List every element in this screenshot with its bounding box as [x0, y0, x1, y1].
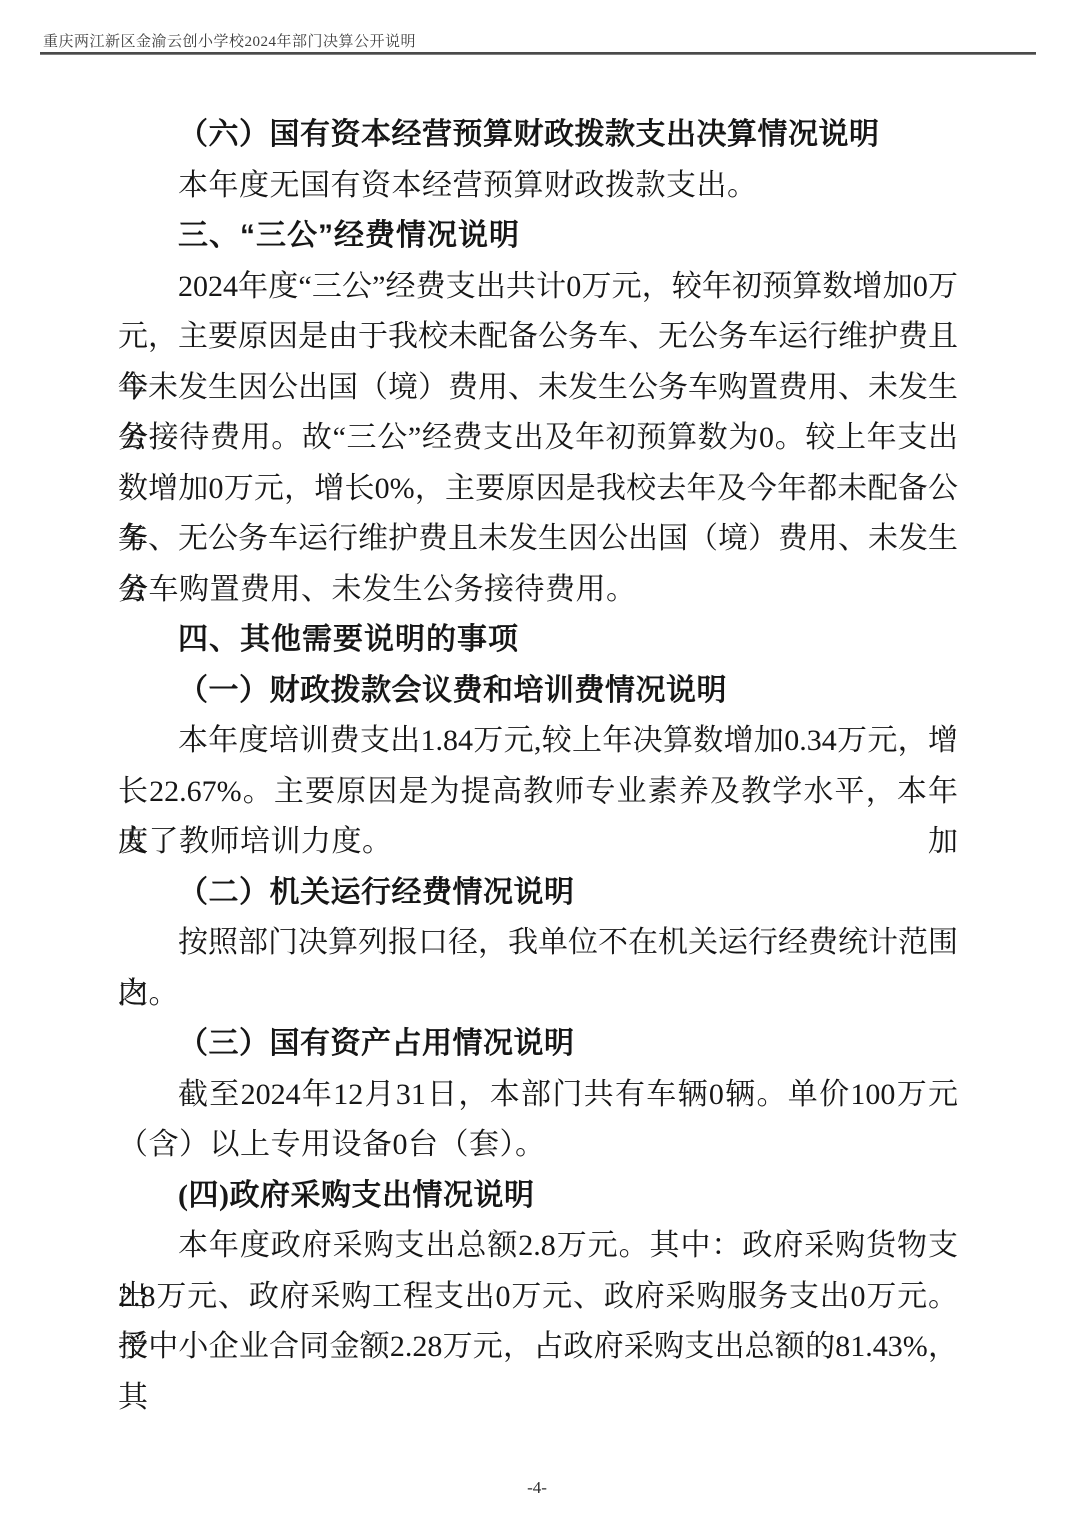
paragraph-line: 元，主要原因是由于我校未配备公务车、无公务车运行维护费且今: [118, 312, 958, 363]
paragraph-line: 本年度政府采购支出总额2.8万元。其中：政府采购货物支出: [118, 1221, 958, 1272]
paragraph-line: 年未发生因公出国（境）费用、未发生公务车购置费用、未发生公: [118, 363, 958, 414]
subsection-heading: （六）国有资本经营预算财政拨款支出决算情况说明: [118, 110, 958, 161]
section-heading: 四、其他需要说明的事项: [118, 615, 958, 666]
paragraph-line: 2.8万元、政府采购工程支出0万元、政府采购服务支出0万元。授: [118, 1272, 958, 1323]
subsection-heading: (四)政府采购支出情况说明: [118, 1171, 958, 1222]
subsection-heading: （一）财政拨款会议费和培训费情况说明: [118, 666, 958, 717]
subsection-heading: （三）国有资产占用情况说明: [118, 1019, 958, 1070]
paragraph-line: 予中小企业合同金额2.28万元，占政府采购支出总额的81.43%，其: [118, 1322, 958, 1373]
section-heading: 三、“三公”经费情况说明: [118, 211, 958, 262]
paragraph-line: 内。: [118, 969, 958, 1020]
paragraph-line: 务接待费用。故“三公”经费支出及年初预算数为0。较上年支出: [118, 413, 958, 464]
page-number: -4-: [0, 1478, 1074, 1498]
header-divider-rule: [40, 52, 1036, 55]
paragraph-line: 长22.67%。主要原因是为提高教师专业素养及教学水平，本年度加: [118, 767, 958, 818]
document-page: 重庆两江新区金渝云创小学校2024年部门决算公开说明 （六）国有资本经营预算财政…: [0, 0, 1074, 1520]
paragraph-line: 截至2024年12月31日，本部门共有车辆0辆。单价100万元: [118, 1070, 958, 1121]
paragraph-line: 本年度培训费支出1.84万元,较上年决算数增加0.34万元，增: [118, 716, 958, 767]
paragraph-line: （含）以上专用设备0台（套）。: [118, 1120, 958, 1171]
paragraph-line: 数增加0万元，增长0%，主要原因是我校去年及今年都未配备公务: [118, 464, 958, 515]
paragraph-line: 本年度无国有资本经营预算财政拨款支出。: [118, 161, 958, 212]
page-header-title: 重庆两江新区金渝云创小学校2024年部门决算公开说明: [43, 30, 416, 51]
paragraph-line: 务车购置费用、未发生公务接待费用。: [118, 565, 958, 616]
subsection-heading: （二）机关运行经费情况说明: [118, 868, 958, 919]
document-body: （六）国有资本经营预算财政拨款支出决算情况说明本年度无国有资本经营预算财政拨款支…: [118, 110, 958, 1373]
paragraph-line: 2024年度“三公”经费支出共计0万元，较年初预算数增加0万: [118, 262, 958, 313]
paragraph-line: 车、无公务车运行维护费且未发生因公出国（境）费用、未发生公: [118, 514, 958, 565]
paragraph-line: 按照部门决算列报口径，我单位不在机关运行经费统计范围之: [118, 918, 958, 969]
